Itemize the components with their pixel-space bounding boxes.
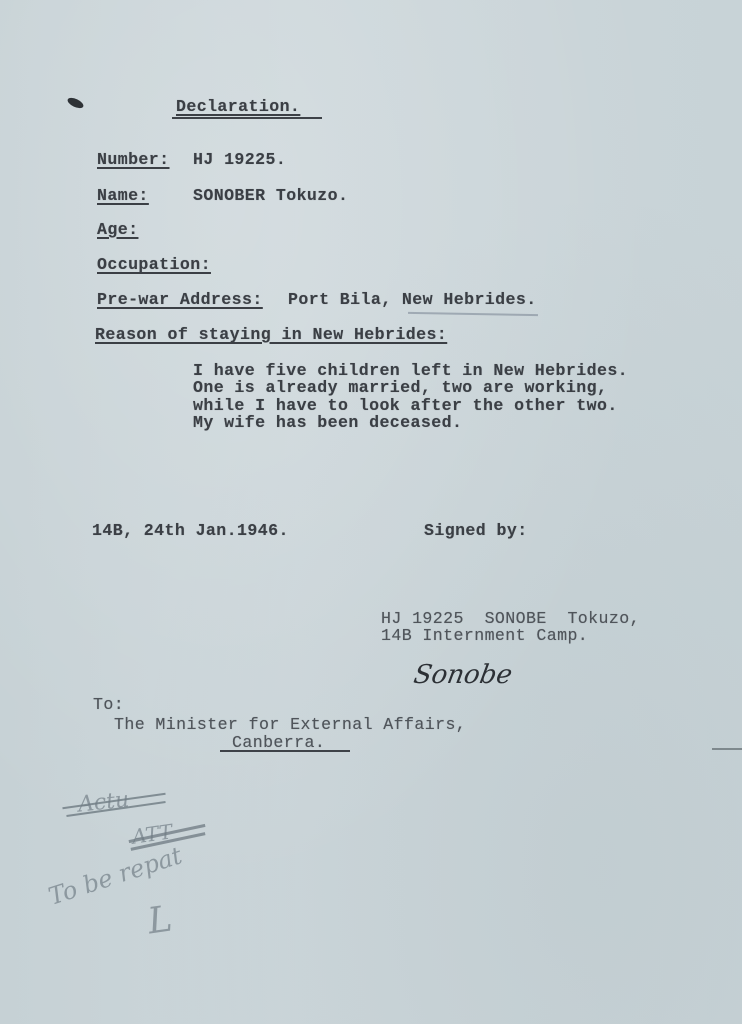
signatory-line-2: 14B Internment Camp. <box>381 627 588 644</box>
reason-line-1: I have five children left in New Hebride… <box>193 362 628 379</box>
document-title: Declaration. <box>176 98 300 115</box>
reason-label: Reason of staying in New Hebrides: <box>95 326 447 343</box>
recipient-line-1: The Minister for External Affairs, <box>114 716 466 733</box>
age-label: Age: <box>97 221 138 238</box>
declaration-document: Declaration. Number: HJ 19225. Name: SON… <box>0 0 742 1024</box>
recipient-line-2: Canberra. <box>232 734 325 751</box>
occupation-label: Occupation: <box>97 256 211 273</box>
edge-mark <box>712 748 742 750</box>
ink-blot <box>66 96 85 110</box>
reason-line-4: My wife has been deceased. <box>193 414 462 431</box>
prewar-address-value: Port Bila, New Hebrides. <box>288 291 537 308</box>
number-value: HJ 19225. <box>193 151 286 168</box>
handwritten-signature: Sonobe <box>411 660 514 690</box>
title-underline <box>172 117 322 119</box>
canberra-underline <box>220 750 350 752</box>
signed-by-label: Signed by: <box>424 522 528 539</box>
pencil-initial: L <box>145 899 174 943</box>
to-label: To: <box>93 696 124 713</box>
reason-line-3: while I have to look after the other two… <box>193 397 618 414</box>
prewar-address-label: Pre-war Address: <box>97 291 263 308</box>
pencil-underline <box>408 312 538 316</box>
name-value: SONOBER Tokuzo. <box>193 187 348 204</box>
name-label: Name: <box>97 187 149 204</box>
reason-line-2: One is already married, two are working, <box>193 379 607 396</box>
signatory-line-1: HJ 19225 SONOBE Tokuzo, <box>381 610 640 627</box>
number-label: Number: <box>97 151 170 168</box>
place-date: 14B, 24th Jan.1946. <box>92 522 289 539</box>
